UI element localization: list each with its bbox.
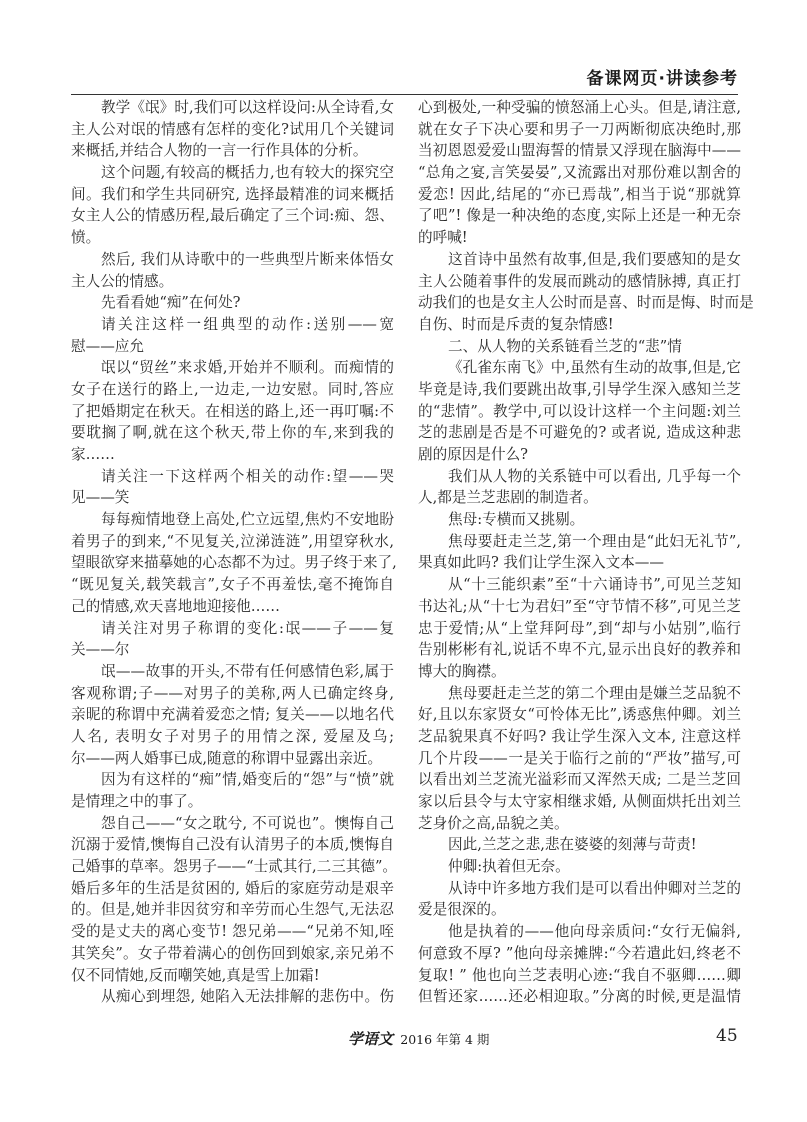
text-line: 书达礼;从“十七为君妇”至“守节情不移”,可见兰芝 [418,596,741,618]
text-line: 芝品貌果真不好吗? 我让学生深入文本, 注意这样 [418,726,741,748]
text-line: 了吧”! 像是一种决绝的态度,实际上还是一种无奈 [418,205,741,227]
text-line: 家以后县令与太守家相继求婚, 从侧面烘托出刘兰 [418,791,741,813]
section-title: 备课网页·讲读参考 [587,64,738,89]
text-line: 从诗中许多地方我们是可以看出仲卿对兰芝的 [418,878,741,900]
text-line: 心到极处,一种受骗的愤怒涌上心头。但是,请注意, [418,97,741,119]
text-line: 关——尔 [71,639,394,661]
text-line: 忠于爱情;从“上堂拜阿母”,到“却与小姑别”,临行 [418,618,741,640]
journal-name: 学语文 [348,1030,393,1048]
text-line: 其笑矣”。女子带着满心的创伤回到娘家,亲兄弟不 [71,943,394,965]
text-line: 就在女子下决心要和男子一刀两断彻底决绝时,那 [418,119,741,141]
text-line: 沉溺于爱情,懊悔自己没有认清男子的本质,懊悔自 [71,834,394,856]
text-line: 焦母:专横而又挑剔。 [418,509,741,531]
text-line: 他是执着的——他向母亲质问:“女行无偏斜, [418,921,741,943]
text-line: 果真如此吗? 我们让学生深入文本—— [418,552,741,574]
page-footer: 学语文 2016 年第 4 期 45 [0,1028,807,1052]
text-line: 从痴心到埋怨, 她陷入无法排解的悲伤中。伤 [71,986,394,1008]
text-line: 二、从人物的关系链看兰芝的“悲”情 [418,336,741,358]
text-line: 毕竟是诗,我们要跳出故事,引导学生深入感知兰芝 [418,379,741,401]
text-line: 人名, 表明女子对男子的用情之深, 爱屋及乌; [71,726,394,748]
text-line: 以看出刘兰芝流光溢彩而又浑然天成; 二是兰芝回 [418,769,741,791]
text-line: “总角之宴,言笑晏晏”,又流露出对那份难以割舍的 [418,162,741,184]
text-line: 受的是丈夫的离心变节! 怨兄弟——“兄弟不知,咥 [71,921,394,943]
text-line: 因此,兰芝之悲,悲在婆婆的刻薄与苛责! [418,834,741,856]
text-line: 芝的悲剧是否是不可避免的? 或者说, 造成这种悲 [418,422,741,444]
text-line: 何意致不厚? ”他向母亲摊牌:“今若遣此妇,终老不 [418,943,741,965]
text-line: 每每痴情地登上高处,伫立远望,焦灼不安地盼 [71,509,394,531]
text-line: 爱恋! 因此,结尾的“亦已焉哉”,相当于说“那就算 [418,184,741,206]
text-line: 我们从人物的关系链中可以看出, 几乎每一个 [418,466,741,488]
text-line: 主人公对氓的情感有怎样的变化?试用几个关键词 [71,119,394,141]
text-line: 女子在送行的路上,一边走,一边安慰。同时,答应 [71,379,394,401]
text-line: 望眼欲穿来描摹她的心态都不为过。男子终于来了, [71,552,394,574]
page-header: 备课网页·讲读参考 [71,62,738,95]
text-line: 的“悲情”。教学中,可以设计这样一个主问题:刘兰 [418,401,741,423]
text-line: 女主人公的情感历程,最后确定了三个词:痴、怨、 [71,205,394,227]
text-line: 先看看她“痴”在何处? [71,292,394,314]
text-line: 亲昵的称谓中充满着爱恋之情; 复关——以地名代 [71,704,394,726]
text-line: 主人公随着事件的发展而跳动的感情脉搏, 真正打 [418,271,741,293]
text-line: 着男子的到来,“不见复关,泣涕涟涟”,用望穿秋水, [71,531,394,553]
text-line: 焦母要赶走兰芝,第一个理由是“此妇无礼节”, [418,531,741,553]
text-line: 教学《氓》时,我们可以这样设问:从全诗看,女 [71,97,394,119]
text-line: 好,且以东家贤女“可怜体无比”,诱惑焦仲卿。刘兰 [418,704,741,726]
text-line: 尔——两人婚事已成,随意的称谓中显露出亲近。 [71,748,394,770]
text-line: 见——笑 [71,487,394,509]
page-number: 45 [716,1026,738,1046]
text-line: 了把婚期定在秋天。在相送的路上,还一再叮嘱:不 [71,401,394,423]
text-line: 博大的胸襟。 [418,661,741,683]
text-line: 主人公的情感。 [71,271,394,293]
text-line: 几个片段——一是关于临行之前的“严妆”描写,可 [418,748,741,770]
text-line: 仲卿:执着但无奈。 [418,856,741,878]
text-line: 氓——故事的开头,不带有任何感情色彩,属于 [71,661,394,683]
text-line: 的。但是,她并非因贫穷和辛劳而心生怨气,无法忍 [71,899,394,921]
text-line: 剧的原因是什么? [418,444,741,466]
text-line: 间。我们和学生共同研究, 选择最精准的词来概括 [71,184,394,206]
text-line: 来概括,并结合人物的一言一行作具体的分析。 [71,140,394,162]
text-line: 人,都是兰芝悲剧的制造者。 [418,487,741,509]
text-line: 《孔雀东南飞》中,虽然有生动的故事,但是,它 [418,357,741,379]
text-line: 爱是很深的。 [418,899,741,921]
text-line: 动我们的也是女主人公时而是喜、时而是悔、时而是 [418,292,741,314]
text-line: 怨自己——“女之耽兮, 不可说也”。懊悔自己 [71,813,394,835]
text-line: 家…… [71,444,394,466]
issue-label: 2016 年第 4 期 [400,1032,489,1047]
left-column: 教学《氓》时,我们可以这样设问:从全诗看,女主人公对氓的情感有怎样的变化?试用几… [71,97,394,1008]
text-line: 请关注一下这样两个相关的动作:望——哭 [71,466,394,488]
text-line: 告别彬彬有礼,说话不卑不亢,显示出良好的教养和 [418,639,741,661]
text-line: 焦母要赶走兰芝的第二个理由是嫌兰芝品貌不 [418,683,741,705]
text-line: 这首诗中虽然有故事,但是,我们要感知的是女 [418,249,741,271]
text-line: 当初恩恩爱爱山盟海誓的情景又浮现在脑海中—— [418,140,741,162]
text-line: 客观称谓;子——对男子的美称,两人已确定终身, [71,683,394,705]
text-line: 请关注对男子称谓的变化:氓——子——复 [71,618,394,640]
text-line: 自伤、时而是斥责的复杂情感! [418,314,741,336]
text-line: 愤。 [71,227,394,249]
text-line: 但暂还家……还必相迎取。”分离的时候,更是温情 [418,986,741,1008]
text-line: “既见复关,载笑载言”,女子不再羞怯,毫不掩饰自 [71,574,394,596]
text-line: 因为有这样的“痴”情,婚变后的“怨”与“愤”就 [71,769,394,791]
text-line: 复取! ” 他也向兰芝表明心迹:“我自不驱卿……卿 [418,965,741,987]
text-line: 婚后多年的生活是贫困的, 婚后的家庭劳动是艰辛 [71,878,394,900]
text-line: 氓以“贸丝”来求婚,开始并不顺利。而痴情的 [71,357,394,379]
text-line: 然后, 我们从诗歌中的一些典型片断来体悟女 [71,249,394,271]
text-line: 仅不同情她,反而嘲笑她,真是雪上加霜! [71,965,394,987]
text-line: 这个问题,有较高的概括力,也有较大的探究空 [71,162,394,184]
journal-title: 学语文 2016 年第 4 期 [348,1028,489,1049]
text-line: 芝身价之高,品貌之美。 [418,813,741,835]
text-line: 己婚事的草率。怨男子——“士贰其行,二三其德”。 [71,856,394,878]
text-line: 是情理之中的事了。 [71,791,394,813]
text-line: 的呼喊! [418,227,741,249]
text-line: 慰——应允 [71,336,394,358]
text-line: 请关注这样一组典型的动作:送别——宽 [71,314,394,336]
text-line: 己的情感,欢天喜地地迎接他…… [71,596,394,618]
right-column: 心到极处,一种受骗的愤怒涌上心头。但是,请注意,就在女子下决心要和男子一刀两断彻… [418,97,741,1008]
text-line: 要耽搁了啊,就在这个秋天,带上你的车,来到我的 [71,422,394,444]
text-line: 从“十三能织素”至“十六诵诗书”,可见兰芝知 [418,574,741,596]
